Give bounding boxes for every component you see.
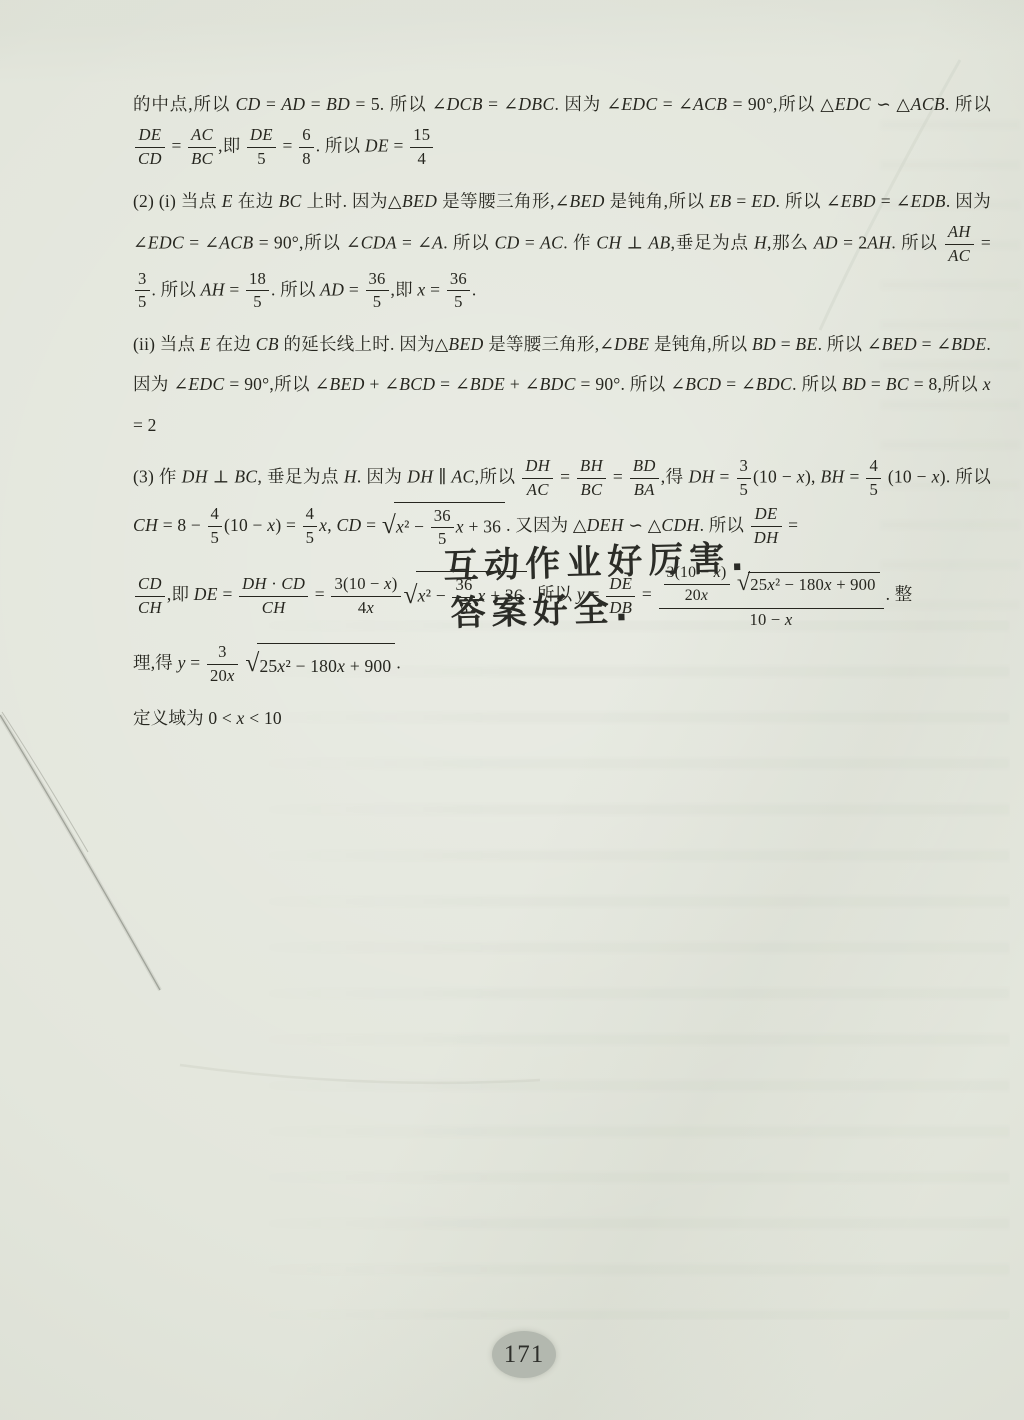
math-variable: AH (867, 232, 891, 252)
text-run: ∽ (871, 94, 896, 114)
text-run: 4 (211, 504, 220, 523)
fraction: 35 (737, 456, 752, 501)
text-run: = ∠ (658, 94, 694, 114)
text-run: ⊥ (208, 466, 234, 486)
math-variable: BDC (540, 374, 576, 394)
fraction: 365 (431, 506, 454, 551)
text-run: 5 (454, 292, 463, 311)
math-variable: AC (540, 232, 563, 252)
text-run: + 36 (464, 516, 501, 536)
math-variable: BCD (399, 374, 435, 394)
math-variable: H (754, 232, 767, 252)
radical-sign: √ (737, 571, 750, 595)
text-run: . 所以 (891, 232, 942, 252)
math-variable: CD (236, 94, 261, 114)
text-run: 5 (253, 292, 262, 311)
math-variable: AD (281, 94, 305, 114)
text-run: = (362, 514, 381, 534)
text-run: . 所以 (316, 136, 365, 156)
math-variable: x (797, 466, 805, 486)
text-run: 5 (740, 480, 749, 499)
text-run: = (520, 232, 540, 252)
math-variable: BD (842, 374, 866, 394)
text-run: 4 (417, 149, 426, 168)
math-variable: BCD (685, 374, 721, 394)
fraction: 45 (208, 504, 223, 549)
text-run: . 又因为 △ (506, 514, 586, 534)
text-run: 10 − (750, 610, 785, 629)
math-variable: CH (133, 514, 158, 534)
text-run: + 900 (345, 656, 391, 676)
math-variable: DH (689, 466, 715, 486)
math-variable: y (178, 653, 186, 673)
text-run: 在边 (233, 191, 279, 211)
math-variable: EDC (621, 94, 657, 114)
math-variable: AD (814, 232, 838, 252)
text-run: (ii) 当点 (133, 334, 200, 354)
text-run: 4 (306, 504, 315, 523)
square-root: √25x² − 180x + 900 (245, 643, 395, 687)
math-variable: BH (580, 456, 603, 475)
math-variable: EB (709, 191, 731, 211)
text-run: 的中点,所以 (133, 94, 236, 114)
text-run: = (637, 584, 656, 604)
math-variable: BD (752, 334, 776, 354)
square-root: √25x² − 180x + 900 (737, 572, 880, 596)
math-variable: BED (882, 334, 917, 354)
square-root: √x² − 365x + 36 (404, 571, 527, 621)
text-run: 36 (369, 269, 386, 288)
text-run: 是等腰三角形,∠ (437, 191, 569, 211)
text-run: , 垂足为点 (257, 466, 343, 486)
text-run: = (426, 279, 445, 299)
text-run: 的延长线上时. 因为△ (279, 334, 448, 354)
math-variable: DH (754, 528, 779, 547)
text-run: 5 (211, 528, 220, 547)
text-run: = (845, 466, 865, 486)
math-variable: CH (138, 598, 162, 617)
text-run: 5 (138, 292, 147, 311)
math-variable: BA (634, 480, 655, 499)
text-run (732, 573, 736, 592)
text-run: 理,得 (133, 653, 178, 673)
math-variable: DCB (447, 94, 483, 114)
text-run: . (396, 653, 401, 673)
text-run: 3 (138, 269, 147, 288)
text-run: 3(10 − (334, 574, 384, 593)
math-variable: DH (182, 466, 208, 486)
text-run: = (776, 334, 795, 354)
text-run: 定义域为 0 < (133, 708, 237, 728)
math-variable: x (477, 586, 485, 606)
math-variable: DH (242, 574, 267, 593)
math-variable: CH (262, 598, 286, 617)
math-variable: DE (365, 136, 389, 156)
text-run: = (866, 374, 886, 394)
text-run: ⊥ (622, 232, 649, 252)
text-run: 36 (450, 269, 467, 288)
math-variable: AB (648, 232, 670, 252)
math-variable: DE (609, 574, 632, 593)
math-variable: CD (138, 574, 162, 593)
math-variable: BC (886, 374, 909, 394)
math-variable: BED (570, 191, 605, 211)
text-run: ,即 (391, 279, 418, 299)
text-run: 么 (790, 232, 813, 252)
text-run: (2) (i) 当点 (133, 191, 222, 211)
text-run: ∽ △ (624, 514, 662, 534)
fraction: 35 (135, 269, 150, 314)
text-run: 5 (869, 480, 878, 499)
text-run: = (608, 466, 628, 486)
fraction: DEDB (606, 574, 635, 619)
math-variable: x (767, 575, 775, 594)
text-run: ) (392, 574, 398, 593)
text-run: . 所以 (152, 279, 201, 299)
text-run: ,即 (218, 136, 245, 156)
text-run: . 所以 (700, 514, 749, 534)
text-run: = (876, 191, 896, 211)
math-variable: x (824, 575, 832, 594)
text-run: (10 − (224, 514, 267, 534)
math-variable: DBE (614, 334, 649, 354)
text-run: = 90°,所以 ∠ (225, 374, 330, 394)
math-variable: x (714, 564, 721, 581)
math-variable: BD (633, 456, 656, 475)
text-run: . 所以 (945, 94, 991, 114)
solution-paragraph-3: (ii) 当点 E 在边 CB 的延长线上时. 因为△BED 是等腰三角形,∠D… (133, 324, 991, 445)
math-variable: BC (191, 149, 213, 168)
text-run: = (305, 94, 326, 114)
text-run: 36 (434, 506, 451, 525)
text-run: = ∠ (397, 232, 432, 252)
math-variable: y (577, 584, 585, 604)
math-variable: CD (336, 514, 361, 534)
math-variable: BE (795, 334, 817, 354)
text-run: = (225, 279, 244, 299)
text-run: = (261, 94, 282, 114)
math-variable: x (418, 586, 426, 606)
radical-sign: √ (382, 513, 396, 538)
text-run: = 5. 所以 ∠ (350, 94, 446, 114)
text-run: . 所以 (792, 374, 842, 394)
text-run: 20 (210, 666, 227, 685)
text-run: 6 (302, 125, 311, 144)
math-variable: BDE (951, 334, 986, 354)
math-variable: ACB (693, 94, 727, 114)
text-run: . 所以 ∠ (776, 191, 841, 211)
fraction: 3(10 − x)20x (664, 563, 730, 605)
text-run: △ (896, 94, 910, 114)
text-run: = (732, 191, 752, 211)
math-variable: DEH (587, 514, 624, 534)
solution-paragraph-4: (3) 作 DH ⊥ BC, 垂足为点 H. 因为 DH ∥ AC,所以 DHA… (133, 455, 991, 551)
math-variable: DE (755, 504, 778, 523)
math-variable: CH (596, 232, 621, 252)
math-variable: x (384, 574, 392, 593)
text-run: 5 (373, 292, 382, 311)
text-run: = (278, 136, 297, 156)
text-run: = (585, 584, 604, 604)
math-variable: BED (402, 191, 437, 211)
fraction: DHAC (522, 456, 553, 501)
text-run: + ∠ (505, 374, 539, 394)
math-variable: x (417, 279, 425, 299)
text-run: ,即 (167, 584, 194, 604)
text-run: 20 (685, 587, 701, 604)
fraction: 68 (299, 125, 314, 170)
text-run: = ∠ (483, 94, 519, 114)
text-run: = (555, 466, 575, 486)
text-run: 5 (460, 599, 469, 618)
text-run: 15 (413, 125, 430, 144)
math-variable: x (983, 374, 991, 394)
text-run: ∥ (433, 466, 451, 486)
text-run: . 整 (886, 584, 913, 604)
fraction: 3(10 − x)20x √25x² − 180x + 90010 − x (659, 562, 884, 630)
text-run: 8 (302, 149, 311, 168)
math-variable: E (222, 191, 233, 211)
math-variable: DE (194, 584, 218, 604)
fraction: BHBC (577, 456, 606, 501)
text-run: (10 − (753, 466, 797, 486)
math-variable: AC (451, 466, 474, 486)
math-variable: CD (495, 232, 520, 252)
math-variable: DE (138, 125, 161, 144)
text-run: = (310, 584, 329, 604)
math-variable: ACB (219, 232, 253, 252)
text-run: ² − 180 (286, 656, 338, 676)
text-run: = (218, 584, 237, 604)
fraction: 45 (303, 504, 318, 549)
math-variable: EDC (188, 374, 224, 394)
math-variable: A (432, 232, 443, 252)
fraction: AHAC (945, 222, 974, 267)
text-run: = (344, 279, 363, 299)
text-run: ∠ (867, 334, 882, 354)
math-variable: EDC (835, 94, 871, 114)
radical-sign: √ (245, 651, 259, 676)
text-run: = (186, 653, 205, 673)
text-run: = 8,所以 (909, 374, 983, 394)
text-run: = (976, 232, 991, 252)
math-variable: AC (191, 125, 213, 144)
math-variable: AH (201, 279, 225, 299)
text-run: 是等腰三角形,∠ (484, 334, 615, 354)
fraction: ACBC (188, 125, 216, 170)
math-variable: x (396, 516, 404, 536)
text-run: (3) 作 (133, 466, 182, 486)
fraction: 185 (246, 269, 269, 314)
fraction: 365 (447, 269, 470, 314)
text-run: ,垂足为点 (671, 232, 754, 252)
math-variable: AC (948, 246, 970, 265)
text-run: . 作 (563, 232, 596, 252)
math-variable: DBC (518, 94, 554, 114)
solution-paragraph-5: CDCH,即 DE = DH · CDCH = 3(10 − x)4x√x² −… (133, 561, 991, 631)
text-run: · (267, 574, 281, 593)
text-run: ) (721, 564, 726, 581)
text-run: 3 (218, 642, 227, 661)
text-run: = 2 (133, 415, 157, 435)
text-run: ,那 (767, 232, 790, 252)
text-run: . 因为 ∠ (555, 94, 622, 114)
math-variable: BC (234, 466, 257, 486)
math-variable: BED (330, 374, 365, 394)
radical-sign: √ (404, 583, 418, 608)
math-variable: x (932, 466, 940, 486)
text-run: 是钝角,所以 (605, 191, 710, 211)
math-variable: x (456, 516, 464, 536)
fraction: 365 (452, 575, 475, 620)
math-variable: CB (256, 334, 279, 354)
text-run: ∠ (741, 374, 756, 394)
text-run: ,得 (661, 466, 689, 486)
math-variable: EDC (148, 232, 184, 252)
math-variable: AD (320, 279, 344, 299)
text-run: = (167, 136, 186, 156)
printed-solution-text: 的中点,所以 CD = AD = BD = 5. 所以 ∠DCB = ∠DBC.… (133, 84, 991, 738)
text-run: 3(10 − (667, 564, 714, 581)
text-run: 25 (259, 656, 277, 676)
text-run: = 90°,所以 △ (727, 94, 834, 114)
text-run: . 所以 (818, 334, 867, 354)
math-variable: CDA (361, 232, 397, 252)
text-run: ∠ (896, 191, 911, 211)
text-run: 5 (257, 149, 266, 168)
text-run: = ∠ (184, 232, 219, 252)
text-run: ² − (404, 516, 429, 536)
fraction: 320x (207, 642, 238, 687)
page-number-badge: 171 (492, 1331, 556, 1378)
text-run: = (721, 374, 741, 394)
text-run: = (715, 466, 735, 486)
math-variable: AH (948, 222, 971, 241)
text-run (240, 653, 245, 673)
text-run: 3 (740, 456, 749, 475)
text-run: . 所以 (443, 232, 494, 252)
text-run: (10 − (883, 466, 932, 486)
text-run: ² − (426, 586, 451, 606)
math-variable: DH (525, 456, 550, 475)
text-run: = 90°. 所以 ∠ (576, 374, 685, 394)
text-run: + ∠ (365, 374, 399, 394)
text-run: 36 (455, 575, 472, 594)
math-variable: DE (250, 125, 273, 144)
math-variable: E (200, 334, 211, 354)
text-run: 25 (750, 575, 767, 594)
math-variable: CDH (661, 514, 699, 534)
text-run: = (784, 514, 799, 534)
math-variable: AC (527, 480, 549, 499)
text-run: = 8 − (158, 514, 205, 534)
math-variable: H (344, 466, 357, 486)
math-variable: BDC (756, 374, 792, 394)
fraction: BDBA (630, 456, 659, 501)
solution-paragraph-7: 定义域为 0 < x < 10 (133, 698, 991, 738)
text-run: = 90°,所以 ∠ (254, 232, 361, 252)
math-variable: BDE (470, 374, 505, 394)
text-run: 18 (249, 269, 266, 288)
math-variable: x (277, 656, 285, 676)
text-run: 5 (306, 528, 315, 547)
text-run: + 900 (832, 575, 876, 594)
text-run: . 所以 (271, 279, 320, 299)
math-variable: BH (820, 466, 844, 486)
text-run: 5 (438, 529, 447, 548)
math-variable: DH (407, 466, 433, 486)
fraction: 154 (410, 125, 433, 170)
math-variable: x (785, 610, 793, 629)
text-run: 在边 (211, 334, 256, 354)
text-run: = ∠ (435, 374, 469, 394)
text-run: ) = (275, 514, 300, 534)
text-run: = (389, 136, 408, 156)
fraction: DH · CDCH (239, 574, 308, 619)
math-variable: BC (279, 191, 302, 211)
text-run: = 2 (838, 232, 867, 252)
math-variable: ED (751, 191, 775, 211)
solution-paragraph-2: (2) (i) 当点 E 在边 BC 上时. 因为△BED 是等腰三角形,∠BE… (133, 181, 991, 314)
math-variable: ACB (911, 94, 945, 114)
fraction: 45 (866, 456, 881, 501)
fraction: 365 (366, 269, 389, 314)
math-variable: x (701, 587, 708, 604)
solution-paragraph-1: 的中点,所以 CD = AD = BD = 5. 所以 ∠DCB = ∠DBC.… (133, 84, 991, 171)
math-variable: x (227, 666, 235, 685)
fraction: DEDH (751, 504, 782, 549)
text-run: ² − 180 (775, 575, 824, 594)
math-variable: BED (448, 334, 483, 354)
text-run: ). 所以 (940, 466, 991, 486)
math-variable: EBD (841, 191, 876, 211)
text-run: . (472, 279, 477, 299)
fraction: 3(10 − x)4x (331, 574, 400, 619)
math-variable: CD (138, 149, 162, 168)
solution-paragraph-6: 理,得 y = 320x √25x² − 180x + 900. (133, 641, 991, 688)
text-run: 是钝角,所以 (649, 334, 752, 354)
math-variable: BD (326, 94, 350, 114)
text-run: ), (805, 466, 821, 486)
fraction: CDCH (135, 574, 165, 619)
text-run: 4 (869, 456, 878, 475)
scanned-workbook-page: { "page": { "number": "171", "colors": {… (0, 0, 1024, 1420)
text-run: + 36 (486, 586, 523, 606)
math-variable: x (366, 598, 374, 617)
text-run: = ∠ (917, 334, 951, 354)
math-variable: BC (581, 480, 603, 499)
text-run: 上时. 因为△ (302, 191, 402, 211)
text-run: ,所以 (475, 466, 521, 486)
text-run: . 所以 (528, 584, 577, 604)
page-number: 171 (504, 1341, 545, 1369)
fraction: DE5 (247, 125, 276, 170)
text-run: . 因为 (357, 466, 407, 486)
math-variable: CD (281, 574, 305, 593)
fraction: DECD (135, 125, 165, 170)
math-variable: x (237, 708, 245, 728)
square-root: √x² − 365x + 36 (382, 502, 505, 552)
math-variable: EDB (911, 191, 946, 211)
text-run: < 10 (245, 708, 282, 728)
math-variable: DB (609, 598, 632, 617)
